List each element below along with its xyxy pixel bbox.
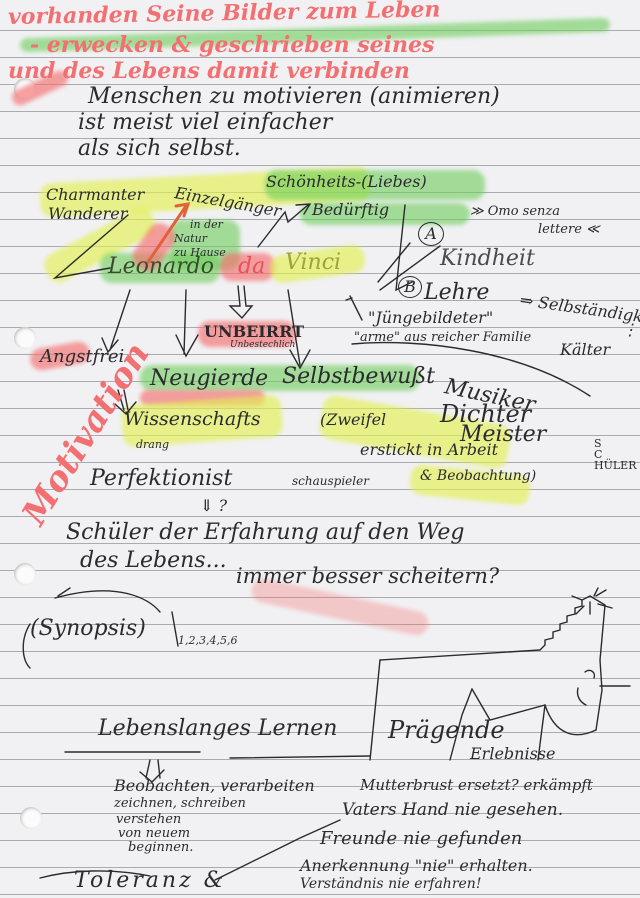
circle-a: A: [418, 222, 444, 246]
zweifel-line-1: (Zweifel: [320, 410, 386, 429]
punch-hole: [14, 563, 36, 585]
trait-schonheits: Schönheits-(Liebes): [266, 172, 427, 191]
punch-hole: [20, 807, 42, 829]
jungebildeter: "Jüngebildeter": [368, 308, 493, 327]
freunde: Freunde nie gefunden: [320, 828, 522, 849]
trait-natur: Natur: [174, 232, 207, 245]
dots: ⋮: [622, 320, 638, 339]
name-vinci: Vinci: [285, 250, 341, 275]
schuler-line-1: Schüler der Erfahrung auf den Weg: [66, 520, 464, 545]
erlebnisse: Erlebnisse: [470, 744, 555, 763]
omo-line-1: ≫ Omo senza: [470, 204, 560, 219]
synopsis-label: (Synopsis): [30, 616, 146, 641]
omo-line-2: lettere ≪: [538, 222, 600, 237]
verstandnis: Verständnis nie erfahren!: [300, 876, 481, 892]
anerkennung: Anerkennung "nie" erhalten.: [300, 856, 533, 875]
arme-aus-reicher-familie: "arme" aus reicher Familie: [354, 330, 531, 345]
notebook-page: vorhanden Seine Bilder zum Leben - erwec…: [0, 0, 640, 898]
lebenslanges-lernen: Lebenslanges Lernen: [98, 716, 337, 741]
perfektion-arrow: ⇓ ?: [200, 496, 227, 515]
trait-bedurftig: Bedürftig: [312, 200, 389, 219]
zweifel-line-3: & Beobachtung): [420, 468, 536, 484]
kalter: Kälter: [560, 340, 610, 359]
meister: Meister: [460, 422, 546, 447]
selbstbewusst: Selbstbewußt: [282, 364, 435, 389]
wissenschafts: Wissenschafts: [124, 408, 261, 430]
pragende: Prägende: [388, 716, 505, 744]
lehre: Lehre: [424, 280, 489, 305]
von-neuem: von neuem: [118, 826, 190, 841]
mutterbrust: Mutterbrust ersetzt? erkämpft: [360, 776, 593, 794]
unbeirrt: UNBEIRRT: [204, 322, 304, 341]
beobachten: Beobachten, verarbeiten: [114, 776, 315, 795]
drang: drang: [136, 438, 169, 451]
punch-hole: [14, 327, 36, 349]
intro-line-2: ist meist viel einfacher: [78, 110, 332, 135]
name-da: da: [238, 254, 265, 279]
immer-besser-scheitern: immer besser scheitern?: [236, 564, 499, 588]
trait-charmanter: Charmanter: [46, 185, 144, 204]
trait-wanderer: Wanderer: [48, 204, 127, 223]
neugierde: Neugierde: [150, 366, 268, 391]
synopsis-numbers: 1,2,3,4,5,6: [178, 634, 237, 647]
name-leonardo: Leonardo: [108, 254, 214, 279]
intro-line-3: als sich selbst.: [78, 136, 241, 161]
header-red-line-3: und des Lebens damit verbinden: [8, 58, 410, 84]
trait-in-der: in der: [190, 218, 223, 231]
intro-line-1: Menschen zu motivieren (animieren): [88, 84, 500, 109]
schauspieler: schauspieler: [292, 474, 369, 488]
beginnen: beginnen.: [128, 840, 193, 855]
toleranz: Toleranz &: [74, 868, 226, 893]
unbestechlich: Unbestechlich: [230, 340, 295, 350]
circle-b: B: [398, 276, 422, 298]
verstehen: verstehen: [116, 812, 181, 827]
motivation-red: Motivation: [14, 384, 127, 532]
header-red-line-2: - erwecken & geschrieben seines: [30, 32, 434, 58]
kindheit: Kindheit: [440, 246, 535, 271]
vaters-hand: Vaters Hand nie gesehen.: [342, 800, 563, 820]
perfektionist: Perfektionist: [90, 466, 232, 491]
schuler-vertical: S C HÜLER: [594, 438, 636, 471]
schuler-line-2: des Lebens...: [80, 548, 227, 573]
zeichnen: zeichnen, schreiben: [114, 796, 246, 811]
